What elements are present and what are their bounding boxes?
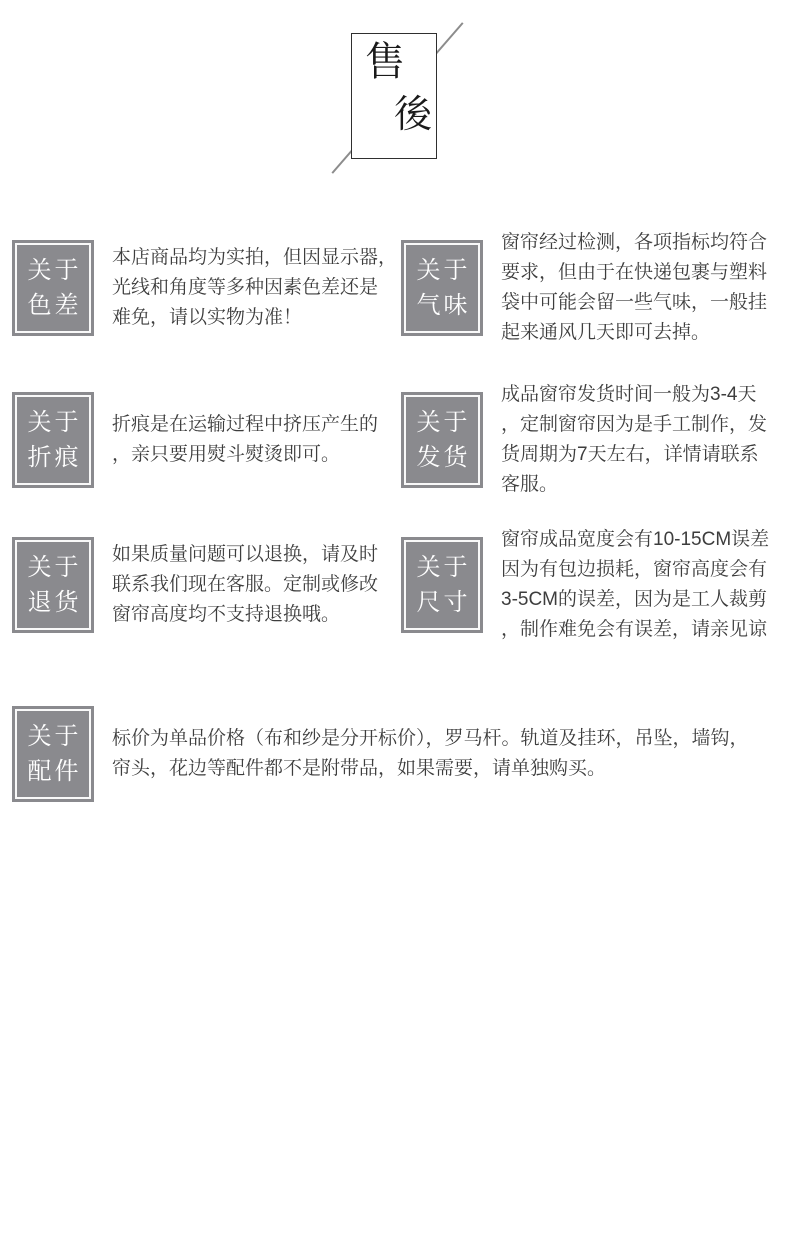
label-line-1: 关于 — [25, 719, 82, 754]
label-about-color-difference: 关于 色差 — [12, 240, 94, 336]
section-about-size: 关于 尺寸 窗帘成品宽度会有10-15CM误差 因为有包边损耗，窗帘高度会有 3… — [401, 537, 790, 633]
label-line-2: 折痕 — [25, 440, 82, 475]
section-about-color-difference: 关于 色差 本店商品均为实拍，但因显示器， 光线和角度等多种因素色差还是 难免，… — [12, 240, 412, 336]
section-about-creases: 关于 折痕 折痕是在运输过程中挤压产生的 ，亲只要用熨斗熨烫即可。 — [12, 392, 412, 488]
label-line-2: 退货 — [25, 585, 82, 620]
label-about-odor: 关于 气味 — [401, 240, 483, 336]
section-about-returns: 关于 退货 如果质量问题可以退换，请及时 联系我们现在客服。定制或修改 窗帘高度… — [12, 537, 412, 633]
text-about-shipping: 成品窗帘发货时间一般为3-4天 ，定制窗帘因为是手工制作，发 货周期为7天左右，… — [501, 380, 790, 500]
after-sales-page: 售 後 关于 色差 本店商品均为实拍，但因显示器， 光线和角度等多种因素色差还是… — [0, 0, 790, 1257]
label-line-1: 关于 — [25, 253, 82, 288]
label-line-1: 关于 — [25, 405, 82, 440]
text-about-color-difference: 本店商品均为实拍，但因显示器， 光线和角度等多种因素色差还是 难免，请以实物为准… — [112, 243, 412, 333]
section-about-shipping: 关于 发货 成品窗帘发货时间一般为3-4天 ，定制窗帘因为是手工制作，发 货周期… — [401, 392, 790, 488]
header-char-top: 售 — [365, 42, 405, 82]
text-about-accessories: 标价为单品价格（布和纱是分开标价），罗马杆。轨道及挂环，吊坠，墙钩， 帘头，花边… — [112, 724, 790, 784]
text-about-odor: 窗帘经过检测，各项指标均符合 要求，但由于在快递包裹与塑料 袋中可能会留一些气味… — [501, 228, 790, 348]
label-line-1: 关于 — [25, 550, 82, 585]
label-about-accessories: 关于 配件 — [12, 706, 94, 802]
text-about-size: 窗帘成品宽度会有10-15CM误差 因为有包边损耗，窗帘高度会有 3-5CM的误… — [501, 525, 790, 645]
label-line-2: 色差 — [25, 288, 82, 323]
header-char-bottom: 後 — [394, 96, 432, 134]
after-sales-header: 售 後 — [0, 0, 790, 215]
label-line-2: 尺寸 — [414, 585, 471, 620]
label-about-shipping: 关于 发货 — [401, 392, 483, 488]
label-line-2: 气味 — [414, 288, 471, 323]
label-line-1: 关于 — [414, 550, 471, 585]
label-line-1: 关于 — [414, 405, 471, 440]
text-about-creases: 折痕是在运输过程中挤压产生的 ，亲只要用熨斗熨烫即可。 — [112, 410, 412, 470]
label-about-returns: 关于 退货 — [12, 537, 94, 633]
label-line-2: 发货 — [414, 440, 471, 475]
section-about-odor: 关于 气味 窗帘经过检测，各项指标均符合 要求，但由于在快递包裹与塑料 袋中可能… — [401, 240, 790, 336]
label-about-creases: 关于 折痕 — [12, 392, 94, 488]
text-about-returns: 如果质量问题可以退换，请及时 联系我们现在客服。定制或修改 窗帘高度均不支持退换… — [112, 540, 412, 630]
label-about-size: 关于 尺寸 — [401, 537, 483, 633]
label-line-2: 配件 — [25, 754, 82, 789]
section-about-accessories: 关于 配件 标价为单品价格（布和纱是分开标价），罗马杆。轨道及挂环，吊坠，墙钩，… — [12, 706, 790, 802]
header-frame: 售 後 — [351, 33, 437, 159]
label-line-1: 关于 — [414, 253, 471, 288]
